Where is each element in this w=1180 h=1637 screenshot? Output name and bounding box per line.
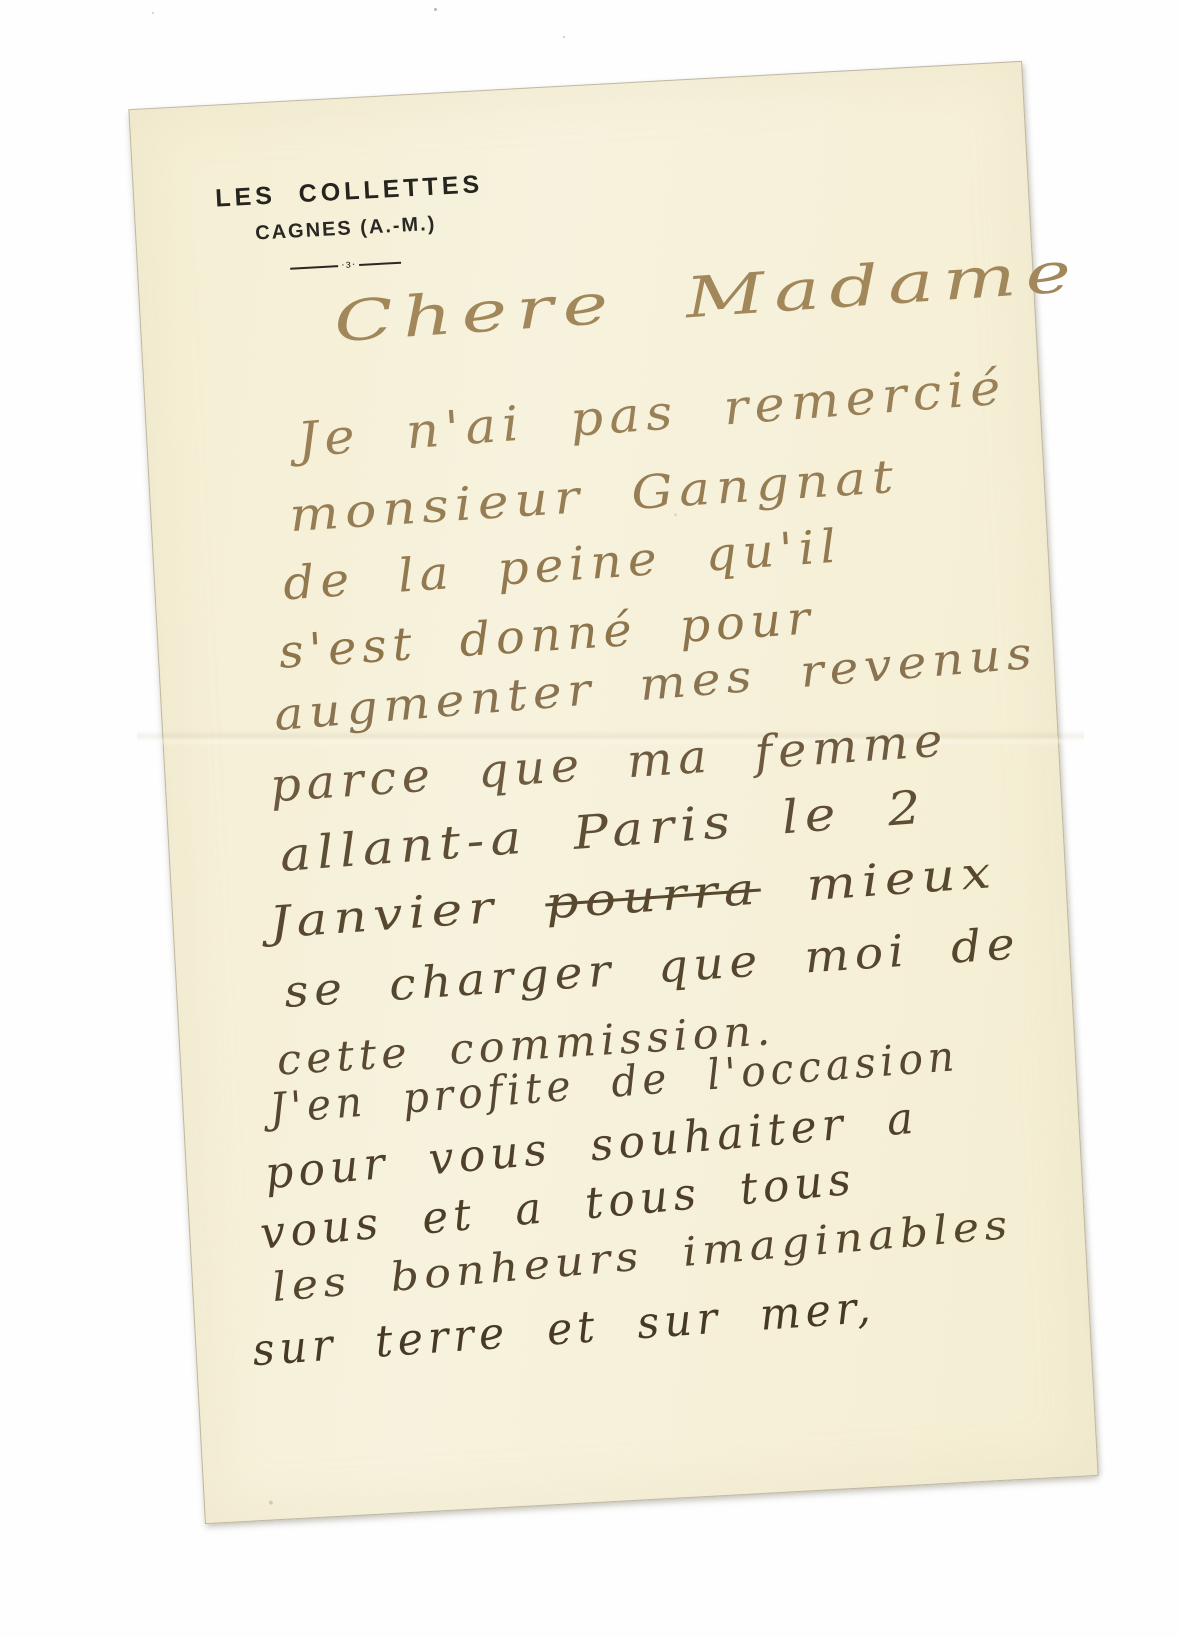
dust-speck bbox=[563, 36, 565, 38]
handwriting-line: Je n'ai pas remercié bbox=[296, 363, 1008, 464]
dust-speck bbox=[152, 12, 154, 14]
handwriting-word: mieux bbox=[759, 847, 999, 914]
handwriting-word: Janvier bbox=[268, 879, 547, 949]
dust-speck bbox=[434, 8, 437, 11]
letter-page: LES COLLETTES CAGNES (A.-M.) ·з· Chere M… bbox=[128, 61, 1098, 1524]
handwriting-word: Chere Madame bbox=[332, 240, 1082, 356]
handwriting-block: Chere MadameJe n'ai pas remerciémonsieur… bbox=[129, 62, 1097, 1523]
handwriting-word: Je n'ai pas remercié bbox=[295, 359, 1008, 468]
handwriting-line: Chere Madame bbox=[332, 245, 1082, 352]
handwriting-word-struck: pourra bbox=[544, 864, 763, 930]
scanner-background: LES COLLETTES CAGNES (A.-M.) ·з· Chere M… bbox=[0, 0, 1180, 1637]
